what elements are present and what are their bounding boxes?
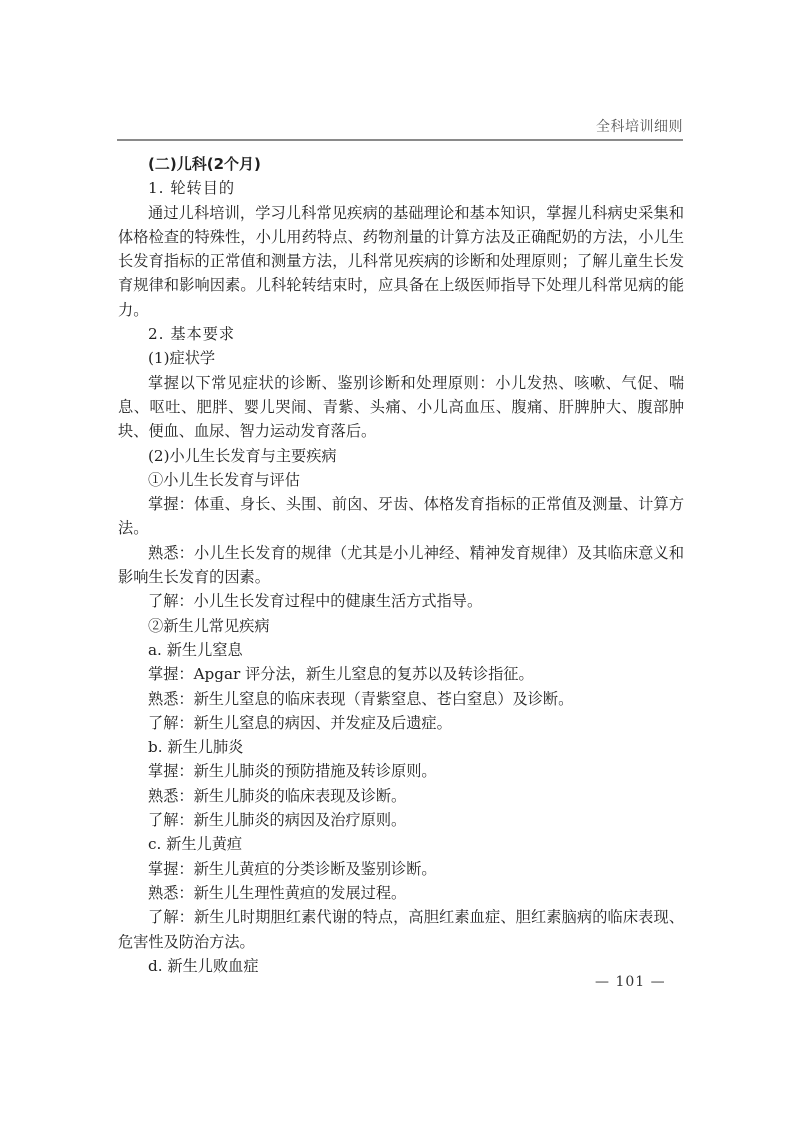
objectives-paragraph: 通过儿科培训，学习儿科常见疾病的基础理论和基本知识，掌握儿科病史采集和体格检查的… <box>118 201 684 322</box>
growth-title: ①小儿生长发育与评估 <box>118 468 684 492</box>
asphyxia-understand: 了解：新生儿窒息的病因、并发症及后遗症。 <box>118 711 684 735</box>
jaundice-master: 掌握：新生儿黄疸的分类诊断及鉴别诊断。 <box>118 857 684 881</box>
pneumonia-understand: 了解：新生儿肺炎的病因及治疗原则。 <box>118 808 684 832</box>
pneumonia-familiar: 熟悉：新生儿肺炎的临床表现及诊断。 <box>118 784 684 808</box>
growth-master: 掌握：体重、身长、头围、前囟、牙齿、体格发育指标的正常值及测量、计算方法。 <box>118 492 684 541</box>
pneumonia-master: 掌握：新生儿肺炎的预防措施及转诊原则。 <box>118 759 684 783</box>
page-body: (二)儿科(2个月) 1. 轮转目的 通过儿科培训，学习儿科常见疾病的基础理论和… <box>118 152 684 978</box>
section-title: (二)儿科(2个月) <box>118 152 684 176</box>
symptomatology-title: (1)症状学 <box>118 346 684 370</box>
jaundice-familiar: 熟悉：新生儿生理性黄疸的发展过程。 <box>118 881 684 905</box>
subsection-title-requirements: 2. 基本要求 <box>118 322 684 346</box>
page-number: — 101 — <box>595 974 666 990</box>
disease-title-jaundice: c. 新生儿黄疸 <box>118 832 684 856</box>
subsection-title-objectives: 1. 轮转目的 <box>118 176 684 200</box>
asphyxia-familiar: 熟悉：新生儿窒息的临床表现（青紫窒息、苍白窒息）及诊断。 <box>118 687 684 711</box>
running-head: 全科培训细则 <box>596 116 683 136</box>
disease-title-asphyxia: a. 新生儿窒息 <box>118 638 684 662</box>
jaundice-understand: 了解：新生儿时期胆红素代谢的特点，高胆红素血症、胆红素脑病的临床表现、危害性及防… <box>118 905 684 954</box>
asphyxia-master: 掌握：Apgar 评分法，新生儿窒息的复苏以及转诊指征。 <box>118 662 684 686</box>
growth-understand: 了解：小儿生长发育过程中的健康生活方式指导。 <box>118 589 684 613</box>
growth-familiar: 熟悉：小儿生长发育的规律（尤其是小儿神经、精神发育规律）及其临床意义和影响生长发… <box>118 541 684 590</box>
neonatal-title: ②新生儿常见疾病 <box>118 614 684 638</box>
disease-title-pneumonia: b. 新生儿肺炎 <box>118 735 684 759</box>
header-rule <box>117 139 683 141</box>
growth-diseases-title: (2)小儿生长发育与主要疾病 <box>118 444 684 468</box>
document-page: 全科培训细则 (二)儿科(2个月) 1. 轮转目的 通过儿科培训，学习儿科常见疾… <box>0 0 800 1131</box>
symptomatology-paragraph: 掌握以下常见症状的诊断、鉴别诊断和处理原则：小儿发热、咳嗽、气促、喘息、呕吐、肥… <box>118 371 684 444</box>
